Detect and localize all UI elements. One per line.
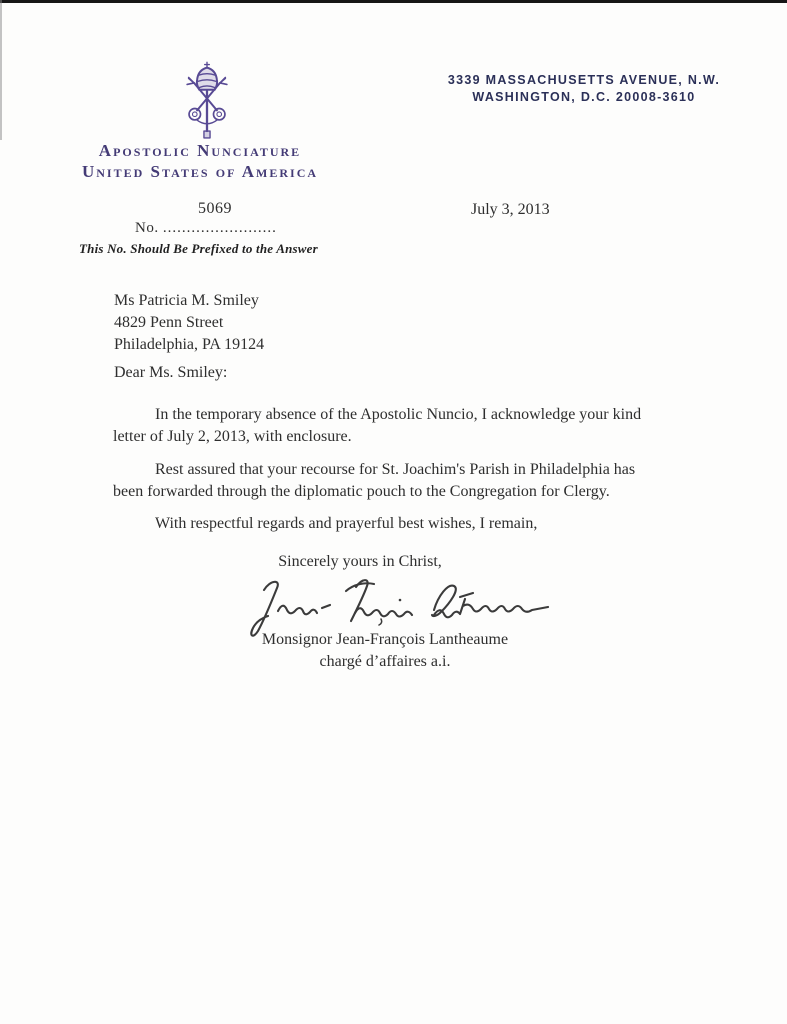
return-address-line2: WASHINGTON, D.C. 20008-3610 [434,89,734,106]
reference-note: This No. Should Be Prefixed to the Answe… [79,241,318,257]
signer-title: chargé d’affaires a.i. [220,651,550,673]
scan-edge-artifact-left [0,0,2,140]
reference-number: 5069 [198,200,232,218]
body-paragraph-2: Rest assured that your recourse for St. … [113,459,683,503]
scanned-letter-page: 3339 MASSACHUSETTS AVENUE, N.W. WASHINGT… [0,0,787,1024]
salutation: Dear Ms. Smiley: [114,364,227,382]
recipient-name: Ms Patricia M. Smiley [114,290,264,312]
paragraph-line: In the temporary absence of the Apostoli… [113,404,683,426]
return-address-line1: 3339 MASSACHUSETTS AVENUE, N.W. [434,72,734,89]
recipient-street: 4829 Penn Street [114,312,264,334]
letterhead-org-name: Apostolic Nunciature United States of Am… [30,140,370,182]
letterhead-return-address: 3339 MASSACHUSETTS AVENUE, N.W. WASHINGT… [434,72,734,106]
body-paragraph-1: In the temporary absence of the Apostoli… [113,404,683,448]
reference-dotted-line: ........................ [163,220,277,236]
papal-crest-icon [168,60,246,144]
reference-no-label-line: No. ........................ [135,220,277,237]
letter-date: July 3, 2013 [471,201,550,219]
paragraph-line: been forwarded through the diplomatic po… [113,481,683,503]
reference-no-label: No. [135,220,159,236]
scan-edge-artifact [0,0,787,3]
recipient-city: Philadelphia, PA 19124 [114,334,264,356]
recipient-address: Ms Patricia M. Smiley 4829 Penn Street P… [114,290,264,356]
paragraph-line: With respectful regards and prayerful be… [113,513,683,535]
paragraph-line: Rest assured that your recourse for St. … [113,459,683,481]
org-name-line1: Apostolic Nunciature [30,140,370,161]
signer-name: Monsignor Jean-François Lantheaume [220,629,550,651]
paragraph-line: letter of July 2, 2013, with enclosure. [113,426,683,448]
valediction: Sincerely yours in Christ, [190,553,530,571]
signature-block: Monsignor Jean-François Lantheaume charg… [220,629,550,673]
body-paragraph-3: With respectful regards and prayerful be… [113,513,683,535]
org-name-line2: United States of America [30,161,370,182]
